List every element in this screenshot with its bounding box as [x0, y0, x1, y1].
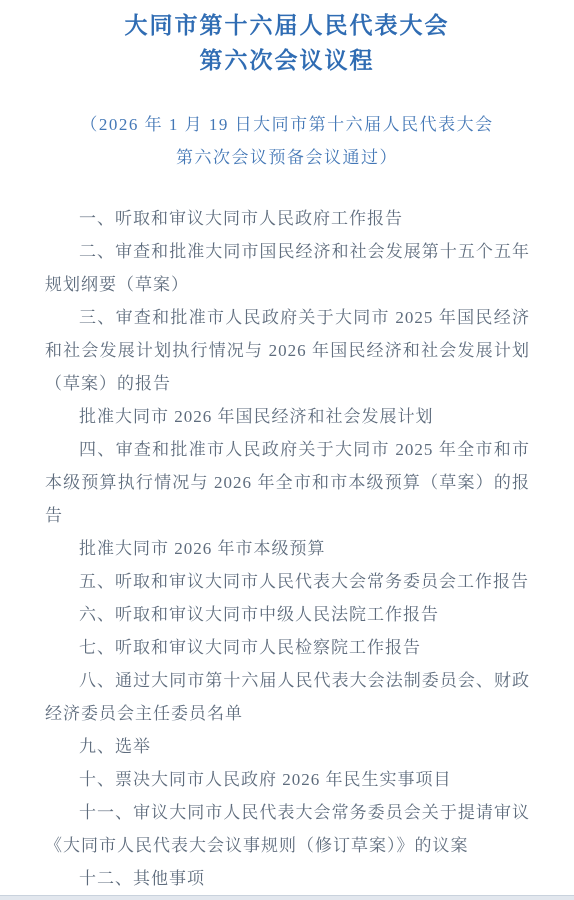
- agenda-item: 六、听取和审议大同市中级人民法院工作报告: [45, 598, 530, 631]
- agenda-item: 二、审查和批准大同市国民经济和社会发展第十五个五年规划纲要（草案）: [45, 235, 530, 301]
- agenda-item: 一、听取和审议大同市人民政府工作报告: [45, 202, 530, 235]
- agenda-item: 七、听取和审议大同市人民检察院工作报告: [45, 631, 530, 664]
- document-page: 大同市第十六届人民代表大会 第六次会议议程 （2026 年 1 月 19 日大同…: [0, 0, 574, 900]
- agenda-item: 四、审查和批准市人民政府关于大同市 2025 年全市和市本级预算执行情况与 20…: [45, 433, 530, 532]
- agenda-item: 三、审查和批准市人民政府关于大同市 2025 年国民经济和社会发展计划执行情况与…: [45, 301, 530, 400]
- adoption-note: （2026 年 1 月 19 日大同市第十六届人民代表大会 第六次会议预备会议通…: [0, 108, 574, 174]
- agenda-item: 十、票决大同市人民政府 2026 年民生实事项目: [45, 763, 530, 796]
- page-title-line-1: 大同市第十六届人民代表大会: [0, 8, 574, 43]
- agenda-item: 十一、审议大同市人民代表大会常务委员会关于提请审议《大同市人民代表大会议事规则（…: [45, 796, 530, 862]
- agenda-item: 八、通过大同市第十六届人民代表大会法制委员会、财政经济委员会主任委员名单: [45, 664, 530, 730]
- scan-bottom-edge: [0, 895, 574, 900]
- page-title: 大同市第十六届人民代表大会 第六次会议议程: [0, 8, 574, 78]
- agenda-item: 批准大同市 2026 年市本级预算: [45, 532, 530, 565]
- agenda-list: 一、听取和审议大同市人民政府工作报告二、审查和批准大同市国民经济和社会发展第十五…: [0, 202, 574, 895]
- agenda-item: 五、听取和审议大同市人民代表大会常务委员会工作报告: [45, 565, 530, 598]
- adoption-note-line-1: （2026 年 1 月 19 日大同市第十六届人民代表大会: [0, 108, 574, 141]
- agenda-item: 十二、其他事项: [45, 862, 530, 895]
- page-title-line-2: 第六次会议议程: [0, 43, 574, 78]
- agenda-item: 九、选举: [45, 730, 530, 763]
- adoption-note-line-2: 第六次会议预备会议通过）: [0, 141, 574, 174]
- agenda-item: 批准大同市 2026 年国民经济和社会发展计划: [45, 400, 530, 433]
